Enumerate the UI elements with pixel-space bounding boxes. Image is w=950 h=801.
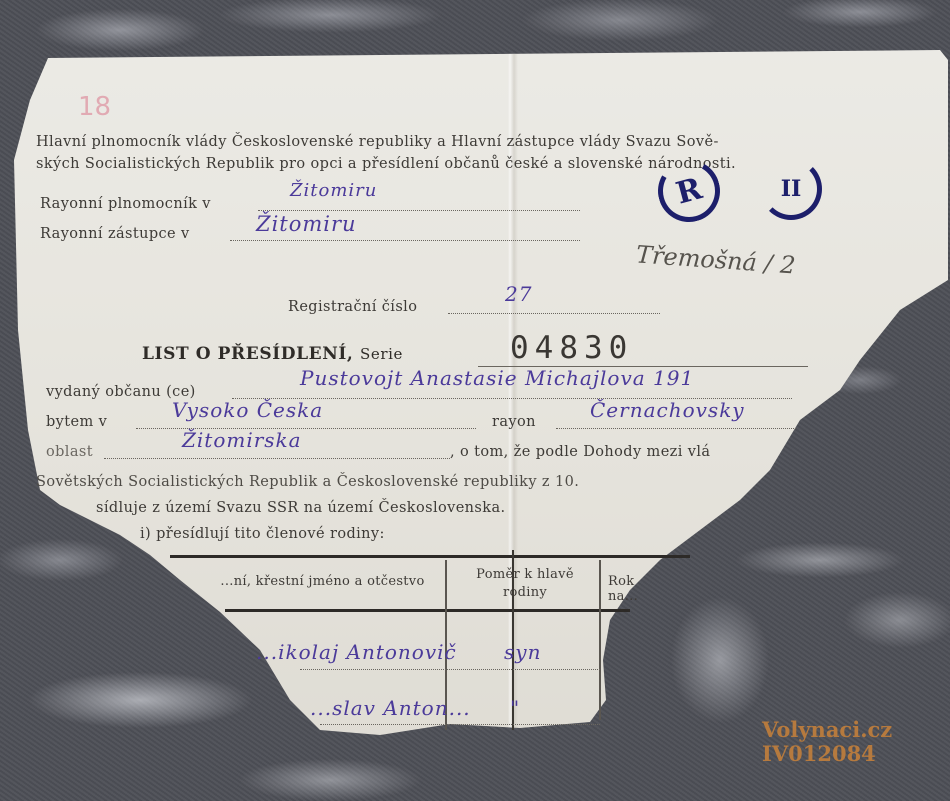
rayonni-plnomocnik-value: Žitomiru — [290, 180, 377, 201]
body-line-3: sídluje z území Svazu SSR na území Česko… — [96, 500, 506, 516]
registracni-cislo-line — [448, 313, 660, 314]
rayonni-zastupce-line — [230, 240, 580, 241]
rayon-line — [556, 428, 796, 429]
table-header-year: Rok na... — [608, 574, 668, 604]
rayon-label: rayon — [492, 414, 536, 430]
bytem-v-value: Vysoko Česka — [172, 398, 323, 422]
table-row-line — [300, 669, 600, 670]
body-line-2: Sovětských Socialistických Republik a Če… — [36, 474, 579, 490]
table-col-divider — [599, 560, 601, 720]
title-text: LIST O PŘESÍDLENÍ, — [142, 344, 353, 364]
rayonni-zastupce-value: Žitomiru — [256, 212, 357, 236]
vydany-obcanu-value: Pustovojt Anastasie Michajlova 191 — [300, 366, 694, 390]
table-row-line — [320, 724, 600, 725]
pink-pencil-mark: 18 — [78, 92, 111, 122]
oblast-label: oblast — [46, 444, 93, 460]
table-top-rule — [170, 555, 690, 558]
watermark-site: Volynaci.cz — [762, 718, 892, 742]
oblast-value: Žitomirska — [182, 428, 302, 452]
watermark: Volynaci.cz IV012084 — [762, 718, 892, 766]
table-header-name: ...ní, křestní jméno a otčestvo — [200, 574, 445, 589]
member-relation: syn — [504, 640, 541, 664]
rayon-value: Černachovsky — [590, 398, 745, 422]
rayonni-zastupce-label: Rayonní zástupce v — [40, 226, 190, 242]
rayonni-plnomocnik-line — [258, 210, 580, 211]
member-name: ...slav Anton... — [310, 696, 471, 720]
member-relation: " — [510, 696, 520, 720]
body-line-4: i) přesídlují tito členové rodiny: — [140, 526, 385, 542]
bytem-v-label: bytem v — [46, 414, 107, 430]
rayonni-plnomocnik-label: Rayonní plnomocník v — [40, 196, 211, 212]
table-header-rule — [225, 609, 630, 612]
body-line-1: , o tom, že podle Dohody mezi vlá — [450, 444, 710, 460]
stamp-ii: II — [760, 158, 822, 220]
oblast-line — [104, 458, 450, 459]
watermark-id: IV012084 — [762, 742, 892, 766]
header-line-1: Hlavní plnomocník vlády Československé r… — [36, 134, 719, 150]
document-title: LIST O PŘESÍDLENÍ, Serie — [142, 344, 403, 364]
registracni-cislo-label: Registrační číslo — [288, 299, 417, 315]
header-line-2: ských Socialistických Republik pro opci … — [36, 156, 736, 172]
serie-number: 04830 — [510, 330, 633, 366]
serie-label: Serie — [360, 345, 403, 363]
member-name: ...ikolaj Antonovič — [256, 640, 457, 664]
table-header-relation: Poměr k hlavě rodiny — [455, 566, 595, 602]
registracni-cislo-value: 27 — [505, 282, 532, 306]
